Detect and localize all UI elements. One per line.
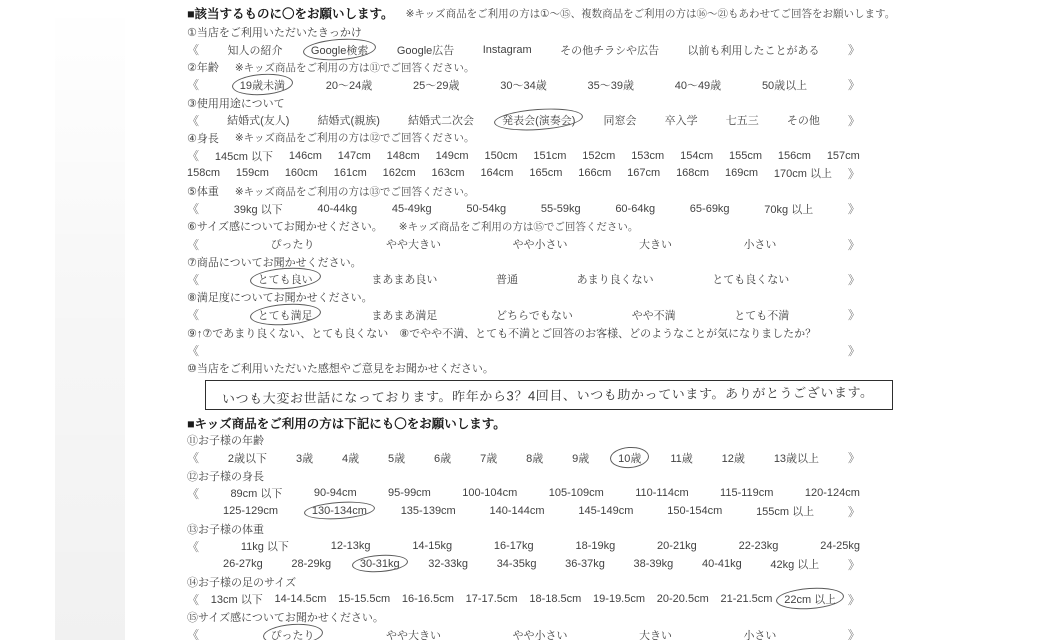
option: Google広告	[397, 42, 454, 58]
open-bracket-icon: 《	[187, 112, 199, 129]
option: 同窓会	[604, 112, 637, 128]
question-row: ⑥サイズ感についてお聞かせください。※キッズ商品をご利用の方は⑮でご回答ください…	[187, 218, 860, 236]
close-bracket-icon: 》	[848, 165, 860, 182]
option: 157cm	[827, 150, 860, 162]
option-circled: 10歳	[618, 450, 641, 466]
option: 115-119cm	[720, 487, 773, 499]
close-bracket-icon: 》	[848, 626, 860, 640]
close-bracket-icon: 》	[848, 271, 860, 288]
option-circled: 30-31kg	[360, 558, 400, 570]
option: やや不満	[632, 307, 676, 323]
option: 45-49kg	[392, 203, 432, 215]
close-bracket-icon: 》	[848, 76, 860, 93]
handwritten-comment: いつも大変お世話になっております。昨年から3？4回目、いつも助かっています。あり…	[222, 382, 874, 408]
options-row: 《知人の紹介Google検索Google広告Instagramその他チラシや広告…	[187, 41, 860, 59]
option: 145-149cm	[578, 505, 633, 517]
question-label: ⑫お子様の身長	[187, 468, 264, 484]
option: 卒入学	[665, 112, 698, 128]
scan-shadow	[55, 0, 125, 640]
question-label: ⑧満足度についてお聞かせください。	[187, 289, 373, 305]
open-bracket-icon: 《	[187, 306, 199, 323]
option: 155cm 以上	[756, 503, 814, 519]
options-row: 《145cm 以下146cm147cm148cm149cm150cm151cm1…	[187, 147, 860, 165]
options-row: 《2歳以下3歳4歳5歳6歳7歳8歳9歳10歳11歳12歳13歳以上》	[187, 449, 860, 467]
survey-header: ■該当するものに〇をお願いします。 ※キッズ商品をご利用の方は①〜⑮、複数商品を…	[187, 3, 860, 23]
options-row: 《19歳未満20〜24歳25〜29歳30〜34歳35〜39歳40〜49歳50歳以…	[187, 76, 860, 94]
close-bracket-icon: 》	[848, 200, 860, 217]
option: 151cm	[533, 150, 566, 162]
option: やや大きい	[386, 627, 441, 640]
options-row: 《89cm 以下90-94cm95-99cm100-104cm105-109cm…	[187, 485, 860, 503]
option: 164cm	[480, 167, 513, 179]
option: 34-35kg	[497, 558, 537, 570]
question-note: ※キッズ商品をご利用の方は⑫でご回答ください。	[235, 130, 475, 145]
options-row: 《13cm 以下14-14.5cm15-15.5cm16-16.5cm17-17…	[187, 591, 860, 609]
option: 156cm	[778, 150, 811, 162]
question-note: ※キッズ商品をご利用の方は⑪でご回答ください。	[235, 60, 475, 75]
option: 25〜29歳	[413, 77, 459, 93]
close-bracket-icon: 》	[848, 306, 860, 323]
options-row: 《》	[187, 341, 860, 359]
option: 20-20.5cm	[657, 593, 709, 605]
open-bracket-icon: 《	[187, 236, 199, 253]
question-row: ⑨↑⑦であまり良くない、とても良くない ⑧でやや不満、とても不満とご回答のお客様…	[187, 324, 860, 342]
option: 20-21kg	[657, 540, 697, 552]
close-bracket-icon: 》	[848, 556, 860, 573]
option: 39kg 以下	[234, 201, 283, 217]
options-row: 《ぴったりやや大きいやや小さい大きい小さい》	[187, 235, 860, 253]
option: やや大きい	[386, 236, 441, 252]
option: 30〜34歳	[500, 77, 546, 93]
option: やや小さい	[512, 236, 567, 252]
option: 65-69kg	[690, 203, 730, 215]
option: 146cm	[289, 150, 322, 162]
question-label: ⑭お子様の足のサイズ	[187, 574, 296, 590]
question-note: ※キッズ商品をご利用の方は⑮でご回答ください。	[399, 219, 639, 234]
questions: ①当店をご利用いただいたきっかけ《知人の紹介Google検索Google広告In…	[187, 23, 860, 640]
option: 15-15.5cm	[338, 593, 390, 605]
option: 50-54kg	[466, 203, 506, 215]
question-label: ⑨↑⑦であまり良くない、とても良くない ⑧でやや不満、とても不満とご回答のお客様…	[187, 325, 816, 341]
option: 12-13kg	[331, 540, 371, 552]
option: 8歳	[526, 450, 543, 466]
option: 12歳	[722, 450, 745, 466]
option: 14-15kg	[412, 540, 452, 552]
option: 135-139cm	[401, 505, 456, 517]
option: 150cm	[484, 150, 517, 162]
option: あまり良くない	[577, 271, 654, 287]
question-row: ⑤体重※キッズ商品をご利用の方は⑬でご回答ください。	[187, 182, 860, 200]
option: 知人の紹介	[227, 42, 282, 58]
option: 42kg 以上	[770, 556, 819, 572]
close-bracket-icon: 》	[848, 236, 860, 253]
question-label: ③使用用途について	[187, 95, 285, 111]
question-label: ⑥サイズ感についてお聞かせください。	[187, 218, 383, 234]
option: 13歳以上	[774, 450, 819, 466]
close-bracket-icon: 》	[848, 449, 860, 466]
option: 2歳以下	[228, 450, 267, 466]
header-note: ※キッズ商品をご利用の方は①〜⑮、複数商品をご利用の方は⑯〜㉑もあわせてご回答を…	[406, 6, 896, 21]
option: 152cm	[582, 150, 615, 162]
option: 158cm	[187, 167, 220, 179]
close-bracket-icon: 》	[848, 503, 860, 520]
open-bracket-icon: 《	[187, 76, 199, 93]
option: 11kg 以下	[241, 538, 289, 554]
question-label: ④身長	[187, 130, 219, 146]
open-bracket-icon: 《	[187, 485, 199, 502]
question-row: ⑭お子様の足のサイズ	[187, 573, 860, 591]
options-row: 《ぴったりやや大きいやや小さい大きい小さい》	[187, 626, 860, 640]
option-circled: ぴったり	[271, 627, 315, 640]
option: 70kg 以上	[764, 201, 813, 217]
option: 105-109cm	[549, 487, 604, 499]
question-label: ⑪お子様の年齢	[187, 432, 264, 448]
option: 28-29kg	[291, 558, 331, 570]
option: 小さい	[743, 627, 776, 640]
option: 11歳	[670, 450, 692, 466]
option: 17-17.5cm	[466, 593, 518, 605]
header-title: ■該当するものに〇をお願いします。	[187, 4, 394, 22]
options-row: 《とても満足まあまあ満足どちらでもないやや不満とても不満》	[187, 306, 860, 324]
close-bracket-icon: 》	[848, 342, 860, 359]
option: 大きい	[639, 236, 672, 252]
option: 16-16.5cm	[402, 593, 454, 605]
question-label: ⑩当店をご利用いただいた感想やご意見をお聞かせください。	[187, 360, 494, 376]
options-row: 《結婚式(友人)結婚式(親族)結婚式二次会発表会(演奏会)同窓会卒入学七五三その…	[187, 111, 860, 129]
open-bracket-icon: 《	[187, 342, 199, 359]
option: 165cm	[529, 167, 562, 179]
option: 小さい	[743, 236, 776, 252]
question-row: ①当店をご利用いただいたきっかけ	[187, 23, 860, 41]
option-circled: Google検索	[311, 42, 368, 58]
option: 166cm	[578, 167, 611, 179]
option: やや小さい	[512, 627, 567, 640]
option: 159cm	[236, 167, 269, 179]
question-label: ⑤体重	[187, 183, 219, 199]
option: 結婚式(親族)	[318, 112, 380, 128]
option: 32-33kg	[428, 558, 468, 570]
open-bracket-icon: 《	[187, 200, 199, 217]
option: 153cm	[631, 150, 664, 162]
option: とても良くない	[712, 271, 789, 287]
open-bracket-icon: 《	[187, 538, 199, 555]
option-circled: 22cm 以上	[784, 591, 836, 607]
options-row: 《とても良いまあまあ良い普通あまり良くないとても良くない》	[187, 271, 860, 289]
option: 125-129cm	[223, 505, 278, 517]
option: 七五三	[726, 112, 759, 128]
option: 22-23kg	[739, 540, 779, 552]
option: 140-144cm	[490, 505, 545, 517]
option: 9歳	[572, 450, 589, 466]
question-row: ⑪お子様の年齢	[187, 431, 860, 449]
option: 120-124cm	[805, 487, 860, 499]
option: 170cm 以上	[774, 165, 832, 181]
option: 162cm	[383, 167, 416, 179]
question-label: ⑮サイズ感についてお聞かせください。	[187, 609, 384, 625]
option: Instagram	[483, 44, 532, 56]
options-row: 158cm159cm160cm161cm162cm163cm164cm165cm…	[187, 165, 860, 183]
option: 大きい	[639, 627, 672, 640]
option: 168cm	[676, 167, 709, 179]
option: 154cm	[680, 150, 713, 162]
option-circled: 19歳未満	[240, 77, 285, 93]
option: 16-17kg	[494, 540, 534, 552]
option: まあまあ満足	[371, 307, 437, 323]
option: 3歳	[296, 450, 313, 466]
option: 以前も利用したことがある	[688, 42, 820, 58]
option: 95-99cm	[388, 487, 431, 499]
question-row: ⑦商品についてお聞かせください。	[187, 253, 860, 271]
option: 結婚式(友人)	[227, 112, 289, 128]
option-circled: とても良い	[258, 271, 313, 287]
option: 40-44kg	[317, 203, 357, 215]
question-label: ⑦商品についてお聞かせください。	[187, 254, 362, 270]
option: 160cm	[285, 167, 318, 179]
options-row: 26-27kg28-29kg30-31kg32-33kg34-35kg36-37…	[187, 555, 860, 573]
option: 14-14.5cm	[274, 593, 326, 605]
option: 18-18.5cm	[529, 593, 581, 605]
option: 55-59kg	[541, 203, 581, 215]
question-label: ②年齢	[187, 59, 219, 75]
option: 155cm	[729, 150, 762, 162]
open-bracket-icon: 《	[187, 591, 199, 608]
option-circled: 130-134cm	[312, 505, 367, 517]
option: 普通	[496, 271, 518, 287]
option: 147cm	[338, 150, 371, 162]
open-bracket-icon: 《	[187, 41, 199, 58]
option: 100-104cm	[462, 487, 517, 499]
option: その他	[787, 112, 820, 128]
option: とても不満	[734, 307, 789, 323]
kids-section-header: ■キッズ商品をご利用の方は下記にも〇をお願いします。	[187, 414, 860, 432]
open-bracket-icon: 《	[187, 449, 199, 466]
option: 20〜24歳	[326, 77, 372, 93]
option: 35〜39歳	[587, 77, 633, 93]
question-row: ⑫お子様の身長	[187, 467, 860, 485]
option: 60-64kg	[615, 203, 655, 215]
option: 50歳以上	[762, 77, 807, 93]
question-row: ⑧満足度についてお聞かせください。	[187, 288, 860, 306]
option: 6歳	[434, 450, 451, 466]
option: 40-41kg	[702, 558, 742, 570]
option-circled: とても満足	[258, 307, 313, 323]
survey-page: ■該当するものに〇をお願いします。 ※キッズ商品をご利用の方は①〜⑮、複数商品を…	[187, 3, 860, 640]
option: 149cm	[436, 150, 469, 162]
option: 18-19kg	[575, 540, 615, 552]
question-row: ⑮サイズ感についてお聞かせください。	[187, 608, 860, 626]
option-circled: 発表会(演奏会)	[502, 112, 575, 128]
close-bracket-icon: 》	[848, 591, 860, 608]
option: 19-19.5cm	[593, 593, 645, 605]
option: 163cm	[432, 167, 465, 179]
option: 145cm 以下	[215, 148, 273, 164]
option: 26-27kg	[223, 558, 263, 570]
options-row: 125-129cm130-134cm135-139cm140-144cm145-…	[187, 502, 860, 520]
comment-box: いつも大変お世話になっております。昨年から3？4回目、いつも助かっています。あり…	[205, 380, 893, 410]
question-row: ③使用用途について	[187, 94, 860, 112]
option: 38-39kg	[634, 558, 674, 570]
option: 24-25kg	[820, 540, 860, 552]
option: 150-154cm	[667, 505, 722, 517]
option: ぴったり	[271, 236, 315, 252]
option: 90-94cm	[314, 487, 357, 499]
option: 5歳	[388, 450, 405, 466]
options-row: 《11kg 以下12-13kg14-15kg16-17kg18-19kg20-2…	[187, 538, 860, 556]
option: その他チラシや広告	[560, 42, 659, 58]
option: 110-114cm	[635, 487, 688, 499]
question-row: ④身長※キッズ商品をご利用の方は⑫でご回答ください。	[187, 129, 860, 147]
question-row: ⑩当店をご利用いただいた感想やご意見をお聞かせください。	[187, 359, 860, 377]
option: どちらでもない	[496, 307, 573, 323]
option: 167cm	[627, 167, 660, 179]
option: 40〜49歳	[675, 77, 721, 93]
question-row: ②年齢※キッズ商品をご利用の方は⑪でご回答ください。	[187, 58, 860, 76]
open-bracket-icon: 《	[187, 147, 199, 164]
option: 148cm	[387, 150, 420, 162]
question-note: ※キッズ商品をご利用の方は⑬でご回答ください。	[235, 184, 475, 199]
close-bracket-icon: 》	[848, 41, 860, 58]
option: 36-37kg	[565, 558, 605, 570]
options-row: 《39kg 以下40-44kg45-49kg50-54kg55-59kg60-6…	[187, 200, 860, 218]
option: 4歳	[342, 450, 359, 466]
open-bracket-icon: 《	[187, 271, 199, 288]
option: 7歳	[480, 450, 497, 466]
open-bracket-icon: 《	[187, 626, 199, 640]
option: 169cm	[725, 167, 758, 179]
option: 161cm	[334, 167, 367, 179]
option: 89cm 以下	[230, 485, 282, 501]
question-row: ⑬お子様の体重	[187, 520, 860, 538]
question-label: ①当店をご利用いただいたきっかけ	[187, 24, 362, 40]
option: まあまあ良い	[371, 271, 437, 287]
option: 13cm 以下	[211, 591, 263, 607]
close-bracket-icon: 》	[848, 112, 860, 129]
option: 21-21.5cm	[720, 593, 772, 605]
option: 結婚式二次会	[408, 112, 474, 128]
question-label: ⑬お子様の体重	[187, 521, 264, 537]
